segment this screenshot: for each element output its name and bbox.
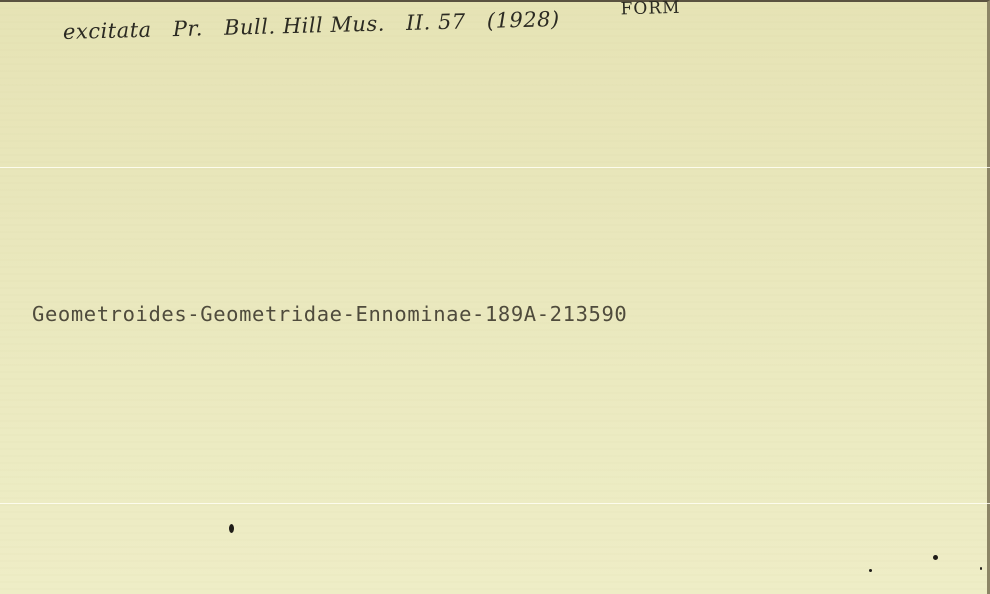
publication-year: (1928) — [487, 7, 560, 33]
card-rule-line — [0, 503, 990, 504]
ink-speck — [933, 555, 938, 560]
taxonomy-label: Geometroides-Geometridae-Ennominae-189A-… — [32, 302, 627, 326]
author-abbrev: Pr. — [173, 16, 204, 41]
index-card: excitata Pr. Bull. Hill Mus. II. 57 (192… — [0, 0, 990, 594]
card-rule-line — [0, 167, 990, 168]
ink-speck — [980, 567, 982, 570]
ink-speck — [869, 569, 872, 572]
handwritten-citation: excitata Pr. Bull. Hill Mus. II. 57 (192… — [63, 7, 574, 44]
species-name: excitata — [63, 18, 152, 44]
volume-page: II. 57 — [406, 9, 466, 35]
form-tag: FORM — [620, 0, 680, 19]
ink-speck — [229, 524, 234, 533]
publication-name: Bull. Hill Mus. — [224, 12, 385, 40]
